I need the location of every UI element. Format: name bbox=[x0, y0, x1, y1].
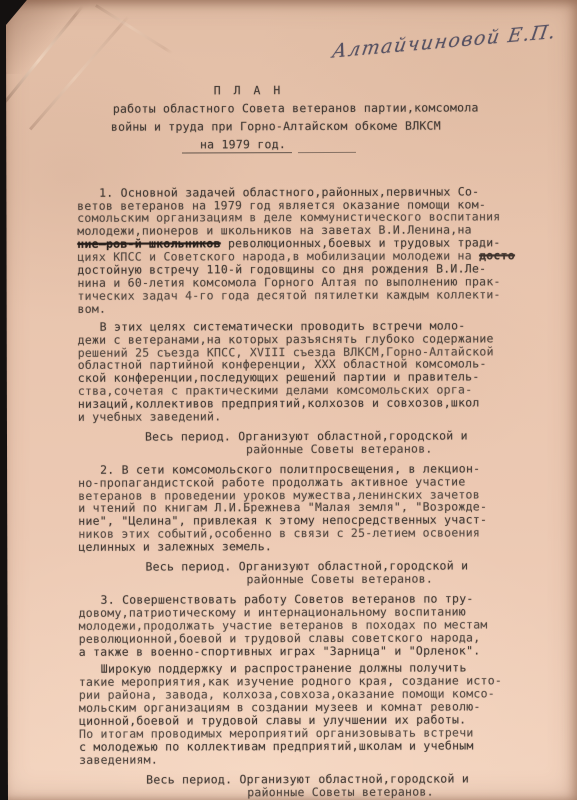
text-line: и учебных заведений. bbox=[78, 409, 560, 424]
text-line: областной партийной конференции, ХХХ обл… bbox=[78, 358, 560, 373]
scanned-document: Алтайчиновой Е.П. П Л А Н работы областн… bbox=[0, 0, 577, 800]
paragraph: В этих целях систематически проводить вс… bbox=[78, 319, 560, 424]
assignment-note: Весь период. Организуют областной,городс… bbox=[78, 559, 560, 586]
text-line: ства,сочетая с практическими делами комс… bbox=[78, 383, 560, 398]
text-line: По итогам проводимых мероприятий организ… bbox=[79, 726, 561, 741]
text-line: районные Советы ветеранов. bbox=[246, 442, 560, 456]
text-line: циях КПСС и Советского народа,в мобилиза… bbox=[77, 249, 559, 264]
subtitle-line-2: войны и труда при Горно-Алтайском обкоме… bbox=[111, 119, 559, 133]
text-line: целинных и залежных земель. bbox=[78, 539, 560, 554]
typed-content: П Л А Н работы областного Совета ветеран… bbox=[77, 83, 562, 800]
paper-crease bbox=[95, 4, 173, 54]
text-line: ников этих событий,особенно в связи с 25… bbox=[78, 526, 560, 541]
document-title: П Л А Н bbox=[214, 83, 559, 97]
assignment-note: Весь период. Организуют областной,городс… bbox=[79, 772, 561, 799]
date-row: на 1979 год. bbox=[182, 137, 559, 153]
paragraph: 3. Совершенствовать работу Советов ветер… bbox=[79, 592, 561, 658]
text-line: и чтений по книгам Л.И.Брежнева "Малая з… bbox=[78, 501, 560, 516]
text-line: а также в военно-спортивных играх "Зарни… bbox=[79, 644, 561, 659]
paragraph: Широкую поддержку и распространение долж… bbox=[79, 662, 561, 767]
folded-corner-shadow bbox=[4, 0, 90, 74]
assignment-note: Весь период. Организуют областной,городс… bbox=[78, 429, 560, 456]
paragraph: 1. Основной задачей областного,районных,… bbox=[77, 185, 559, 316]
text-line: районные Советы ветеранов. bbox=[246, 572, 560, 586]
struck-text: досто bbox=[479, 248, 515, 262]
date-line: на 1979 год. bbox=[182, 138, 292, 153]
text-line: мольским организациям в создании музеев … bbox=[79, 700, 561, 715]
handwritten-note: Алтайчиновой Е.П. bbox=[331, 19, 574, 62]
text-line: молодежи,пионеров и школьников на завета… bbox=[77, 224, 559, 239]
text-line: вом. bbox=[78, 301, 560, 316]
document-body: 1. Основной задачей областного,районных,… bbox=[77, 185, 561, 800]
text-line: районные Советы ветеранов. bbox=[247, 785, 561, 799]
paper-sheet: Алтайчиновой Е.П. П Л А Н работы областн… bbox=[0, 0, 577, 800]
subtitle-line-1: работы областного Совета ветеранов парти… bbox=[113, 101, 559, 115]
paragraph: 2. В сети комсомольского политпросвещени… bbox=[78, 462, 560, 554]
paper-crease bbox=[1, 5, 83, 106]
underline-tail bbox=[298, 140, 356, 152]
text-line: заведениям. bbox=[79, 752, 561, 767]
text-line: революционной,боевой и трудовой славы со… bbox=[79, 631, 561, 646]
